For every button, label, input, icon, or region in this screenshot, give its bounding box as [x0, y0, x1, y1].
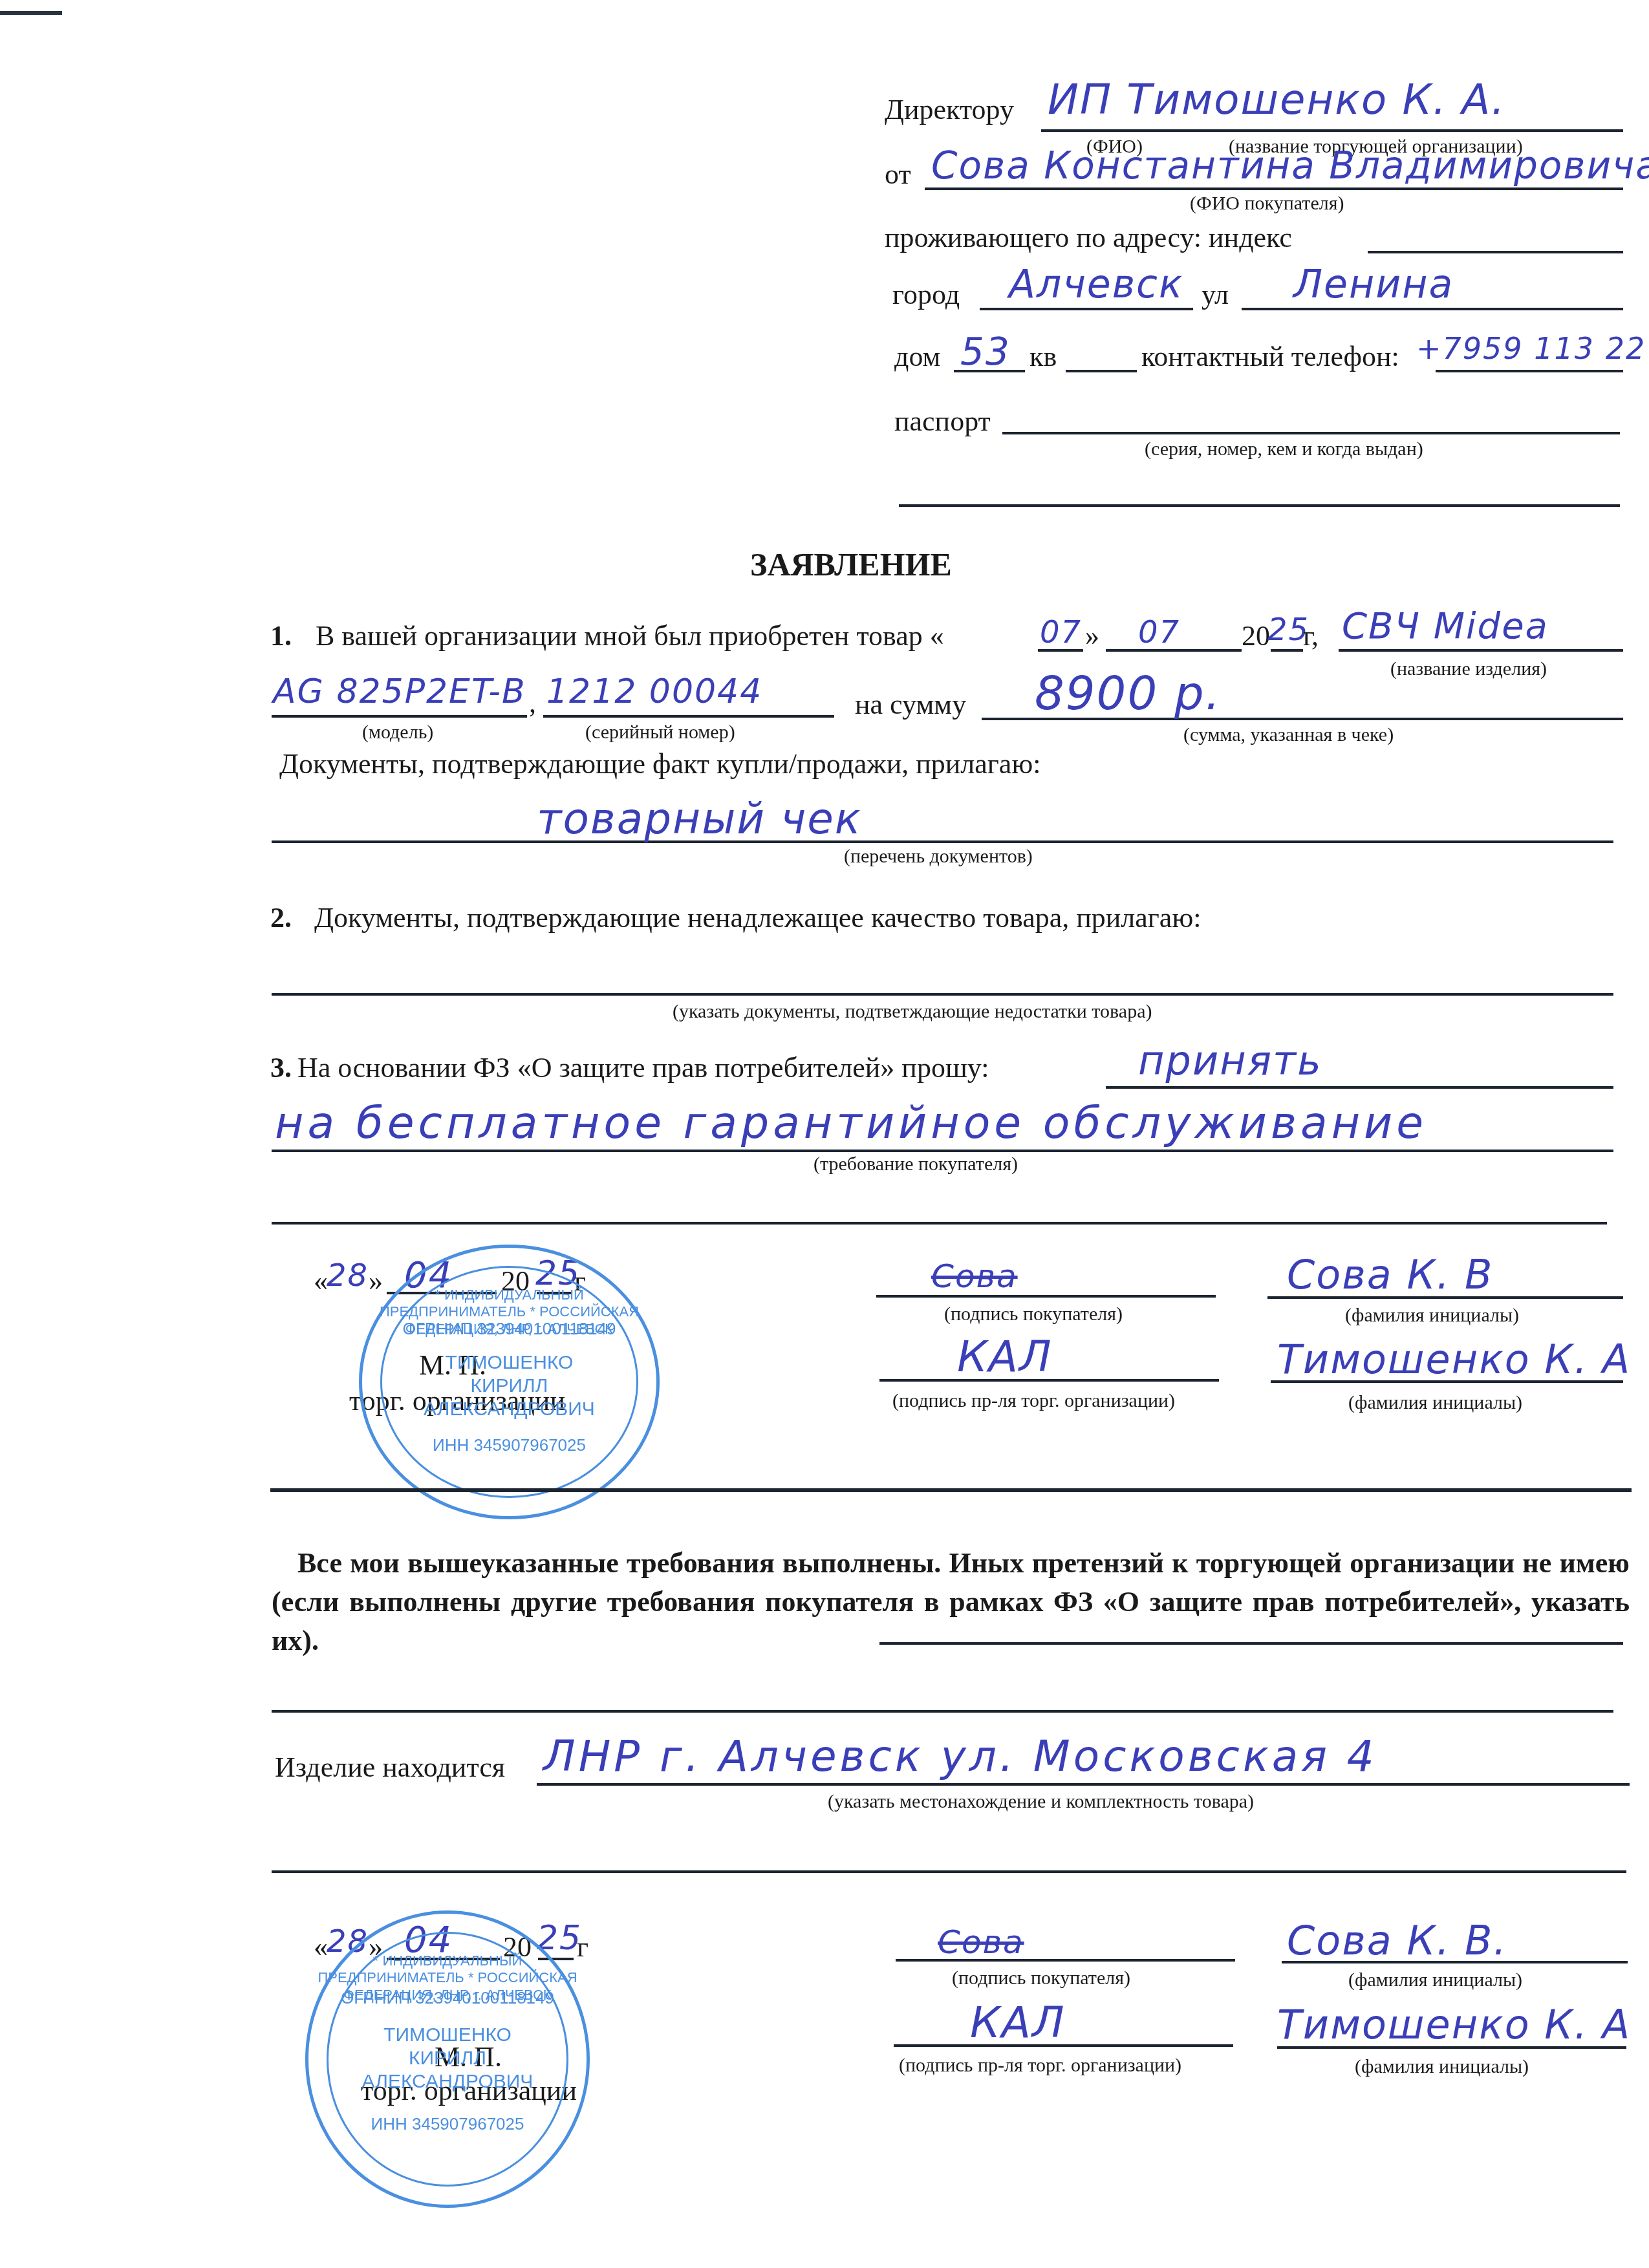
serial-line — [543, 715, 834, 718]
section-2-line — [272, 993, 1613, 996]
purchase-day-field[interactable]: 07 — [1040, 614, 1082, 650]
stamp-inn: ИНН 345907967025 — [362, 1435, 656, 1455]
buyer-sign-1-hint: (подпись покупателя) — [944, 1305, 1123, 1324]
buyer-sign-2-field[interactable]: Сова — [938, 1923, 1024, 1961]
product-hint: (название изделия) — [1390, 659, 1547, 679]
seller-name-1-hint: (фамилия инициалы) — [1348, 1393, 1522, 1413]
location-field[interactable]: ЛНР г. Алчевск ул. Московская 4 — [543, 1731, 1377, 1781]
purchase-month-field[interactable]: 07 — [1138, 614, 1180, 650]
docs-field[interactable]: товарный чек — [537, 794, 862, 844]
from-field[interactable]: Сова Константина Владимировича — [931, 144, 1649, 187]
section-1-number: 1. — [270, 622, 292, 650]
section-2-number: 2. — [270, 904, 292, 932]
purchase-year-line — [1271, 649, 1303, 652]
from-line — [925, 187, 1623, 190]
address-label: проживающего по адресу: индекс — [885, 224, 1292, 252]
stamp-name-1: ТИМОШЕНКО — [362, 1351, 656, 1375]
section-3-line-2 — [272, 1150, 1613, 1152]
from-label: от — [885, 160, 911, 189]
street-line — [1242, 308, 1623, 310]
seller-name-1-field[interactable]: Тимошенко К. А — [1277, 1336, 1631, 1383]
location-line — [537, 1783, 1630, 1786]
purchase-year-prefix: 20 — [1242, 622, 1270, 650]
sum-label: на сумму — [855, 690, 966, 719]
docs-line — [272, 840, 1613, 843]
apt-line — [1066, 370, 1137, 372]
seller-sign-2-hint: (подпись пр-ля торг. организации) — [899, 2056, 1181, 2075]
stamp-inn: ИНН 345907967025 — [308, 2114, 587, 2134]
buyer-name-2-hint: (фамилия инициалы) — [1348, 1971, 1522, 1990]
index-line — [1368, 251, 1623, 253]
city-line — [980, 308, 1193, 310]
section-3-line-3 — [272, 1222, 1607, 1225]
company-stamp-1: * ИНДИВИДУАЛЬНЫЙ ПРЕДПРИНИМАТЕЛЬ * РОССИ… — [359, 1245, 660, 1519]
buyer-name-2-field[interactable]: Сова К. В. — [1287, 1917, 1507, 1964]
section-3-text: На основании ФЗ «О защите прав потребите… — [297, 1054, 989, 1082]
product-field[interactable]: СВЧ Midea — [1342, 605, 1549, 647]
house-label: дом — [894, 343, 940, 371]
house-field[interactable]: 53 — [960, 330, 1011, 374]
document-title: ЗАЯВЛЕНИЕ — [750, 548, 952, 581]
quote-close: » — [1085, 622, 1099, 650]
street-label: ул — [1202, 281, 1229, 309]
city-field[interactable]: Алчевск — [1009, 262, 1183, 307]
buyer-sign-2-hint: (подпись покупателя) — [952, 1969, 1130, 1988]
seller-sign-2-field[interactable]: КАЛ — [970, 1998, 1066, 2048]
seller-name-2-field[interactable]: Тимошенко К. А — [1277, 2001, 1631, 2048]
seller-name-2-hint: (фамилия инициалы) — [1355, 2057, 1529, 2077]
section-2-hint: (указать документы, подтветждающие недос… — [673, 1002, 1152, 1022]
serial-hint: (серийный номер) — [585, 723, 735, 742]
stamp-name-3: АЛЕКСАНДРОВИЧ — [308, 2070, 587, 2093]
section-3-field-2[interactable]: на бесплатное гарантийное обслуживание — [275, 1098, 1427, 1149]
buyer-name-1-hint: (фамилия инициалы) — [1345, 1306, 1519, 1325]
model-field[interactable]: AG 825P2ET-B — [273, 672, 526, 711]
stamp-name-2: КИРИЛЛ — [362, 1375, 656, 1398]
phone-field[interactable]: +7959 113 22 05 — [1416, 331, 1649, 366]
section-3-hint: (требование покупателя) — [814, 1155, 1018, 1174]
phone-label: контактный телефон: — [1141, 343, 1399, 371]
director-field[interactable]: ИП Тимошенко К. А. — [1048, 76, 1506, 124]
buyer-fio-hint: (ФИО покупателя) — [1190, 194, 1344, 213]
scan-edge-mark — [0, 11, 62, 15]
passport-line-2 — [899, 504, 1620, 507]
stamp-name-2: КИРИЛЛ — [308, 2047, 587, 2070]
product-line — [1339, 649, 1623, 652]
closing-line-2 — [272, 1710, 1613, 1713]
section-3-field-1[interactable]: принять — [1138, 1037, 1322, 1084]
director-line — [1041, 129, 1623, 132]
sum-hint: (сумма, указанная в чеке) — [1183, 725, 1394, 745]
section-3-number: 3. — [270, 1054, 292, 1082]
seller-sign-1-field[interactable]: КАЛ — [957, 1332, 1053, 1382]
location-hint: (указать местонахождение и комплектность… — [828, 1792, 1254, 1812]
location-line-2 — [272, 1870, 1626, 1873]
model-line — [272, 715, 527, 718]
section-2-text: Документы, подтверждающие ненадлежащее к… — [314, 904, 1202, 932]
street-field[interactable]: Ленина — [1293, 262, 1454, 307]
apt-label: кв — [1029, 343, 1057, 371]
serial-field[interactable]: 1212 00044 — [546, 672, 762, 711]
purchase-year-label: г, — [1303, 622, 1319, 650]
city-label: город — [892, 281, 960, 309]
section-3-line-1 — [1106, 1086, 1613, 1089]
director-label: Директору — [885, 96, 1014, 124]
passport-label: паспорт — [894, 407, 991, 436]
closing-other-line — [879, 1642, 1623, 1645]
passport-line — [1002, 432, 1620, 434]
sum-field[interactable]: 8900 р. — [1035, 666, 1222, 720]
stamp-ogrnip: ОГРНИП 323940100118149 — [308, 1988, 587, 2008]
passport-hint: (серия, номер, кем и когда выдан) — [1145, 440, 1423, 459]
seller-sign-1-hint: (подпись пр-ля торг. организации) — [892, 1391, 1175, 1411]
buyer-sign-1-field[interactable]: Сова — [931, 1257, 1018, 1295]
stamp-name-3: АЛЕКСАНДРОВИЧ — [362, 1398, 656, 1421]
comma: , — [529, 689, 536, 718]
model-hint: (модель) — [362, 723, 433, 742]
docs-hint: (перечень документов) — [844, 847, 1033, 866]
phone-line — [1436, 370, 1623, 372]
location-label: Изделие находится — [275, 1753, 505, 1782]
docs-label: Документы, подтверждающие факт купли/про… — [279, 750, 1040, 778]
date-1-open: « — [314, 1267, 328, 1296]
buyer-sign-1-line — [876, 1295, 1216, 1298]
stamp-ogrnip: ОГРНИП 323940100118149 — [362, 1319, 656, 1339]
section-divider — [270, 1488, 1632, 1492]
section-1-text: В вашей организации мной был приобретен … — [316, 622, 944, 650]
buyer-name-1-field[interactable]: Сова К. В — [1287, 1251, 1493, 1298]
stamp-name-1: ТИМОШЕНКО — [308, 2024, 587, 2047]
company-stamp-2: * ИНДИВИДУАЛЬНЫЙ ПРЕДПРИНИМАТЕЛЬ * РОССИ… — [305, 1910, 590, 2208]
